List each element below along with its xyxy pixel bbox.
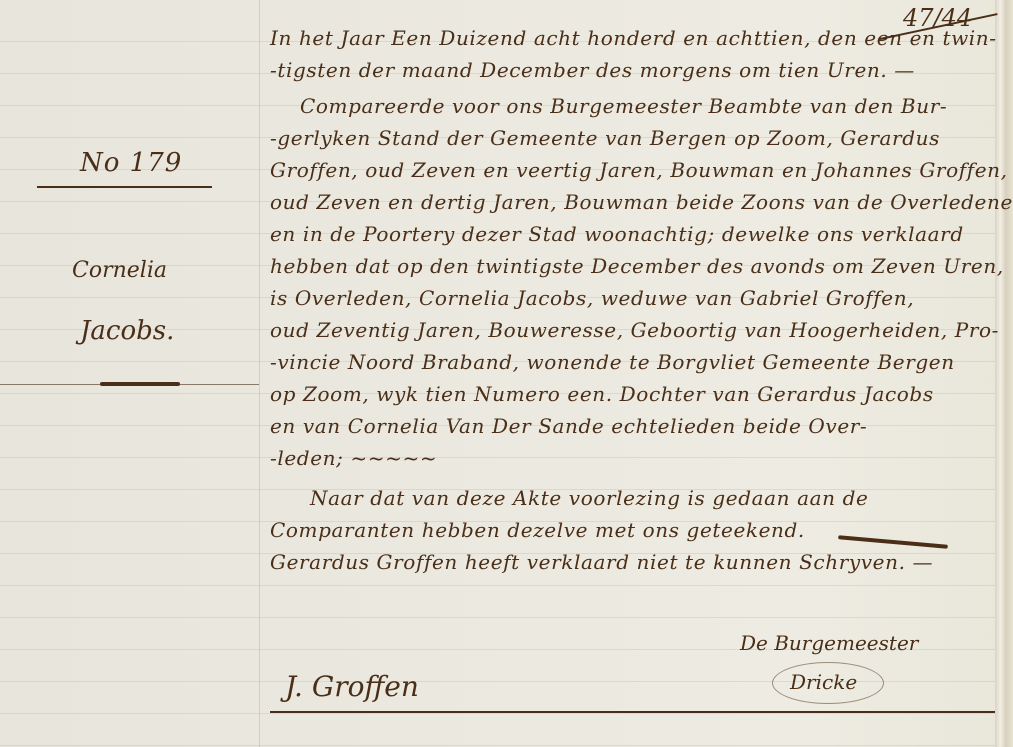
mayor-label: De Burgemeester <box>740 631 918 655</box>
document-page: 47/44 No 179 Cornelia Jacobs. In het Jaa… <box>0 0 1013 747</box>
text-line-4: -gerlyken Stand der Gemeente van Bergen … <box>270 128 940 148</box>
deceased-first-name: Cornelia <box>72 258 167 283</box>
closing-flourish <box>838 535 948 549</box>
witness-signature: J. Groffen <box>285 670 419 703</box>
text-line-1: In het Jaar Een Duizend acht honderd en … <box>270 28 997 48</box>
text-line-8: hebben dat op den twintigste December de… <box>270 256 1004 276</box>
book-spine-edge <box>995 0 1013 747</box>
signature-rule <box>270 711 995 713</box>
margin-divider <box>259 0 260 747</box>
text-line-3: Compareerde voor ons Burgemeester Beambt… <box>300 96 947 116</box>
text-line-11: -vincie Noord Braband, wonende te Borgvl… <box>270 352 955 372</box>
text-line-15: Naar dat van deze Akte voorlezing is ged… <box>310 488 868 508</box>
record-number: No 179 <box>80 148 182 178</box>
text-line-13: en van Cornelia Van Der Sande echteliede… <box>270 416 867 436</box>
text-line-5: Groffen, oud Zeven en veertig Jaren, Bou… <box>270 160 1008 180</box>
text-line-14: -leden; ~~~~~ <box>270 448 437 468</box>
margin-rule-bottom-flourish <box>100 382 180 386</box>
margin-rule-top <box>37 186 212 188</box>
text-line-6: oud Zeven en dertig Jaren, Bouwman beide… <box>270 192 1013 212</box>
deceased-last-name: Jacobs. <box>80 316 174 346</box>
text-line-12: op Zoom, wyk tien Numero een. Dochter va… <box>270 384 934 404</box>
text-line-17: Gerardus Groffen heeft verklaard niet te… <box>270 552 933 572</box>
text-line-9: is Overleden, Cornelia Jacobs, weduwe va… <box>270 288 914 308</box>
text-line-7: en in de Poortery dezer Stad woonachtig;… <box>270 224 964 244</box>
text-line-2: -tigsten der maand December des morgens … <box>270 60 915 80</box>
text-line-10: oud Zeventig Jaren, Bouweresse, Geboorti… <box>270 320 999 340</box>
text-line-16: Comparanten hebben dezelve met ons getee… <box>270 520 805 540</box>
mayor-signature: Dricke <box>790 670 857 694</box>
